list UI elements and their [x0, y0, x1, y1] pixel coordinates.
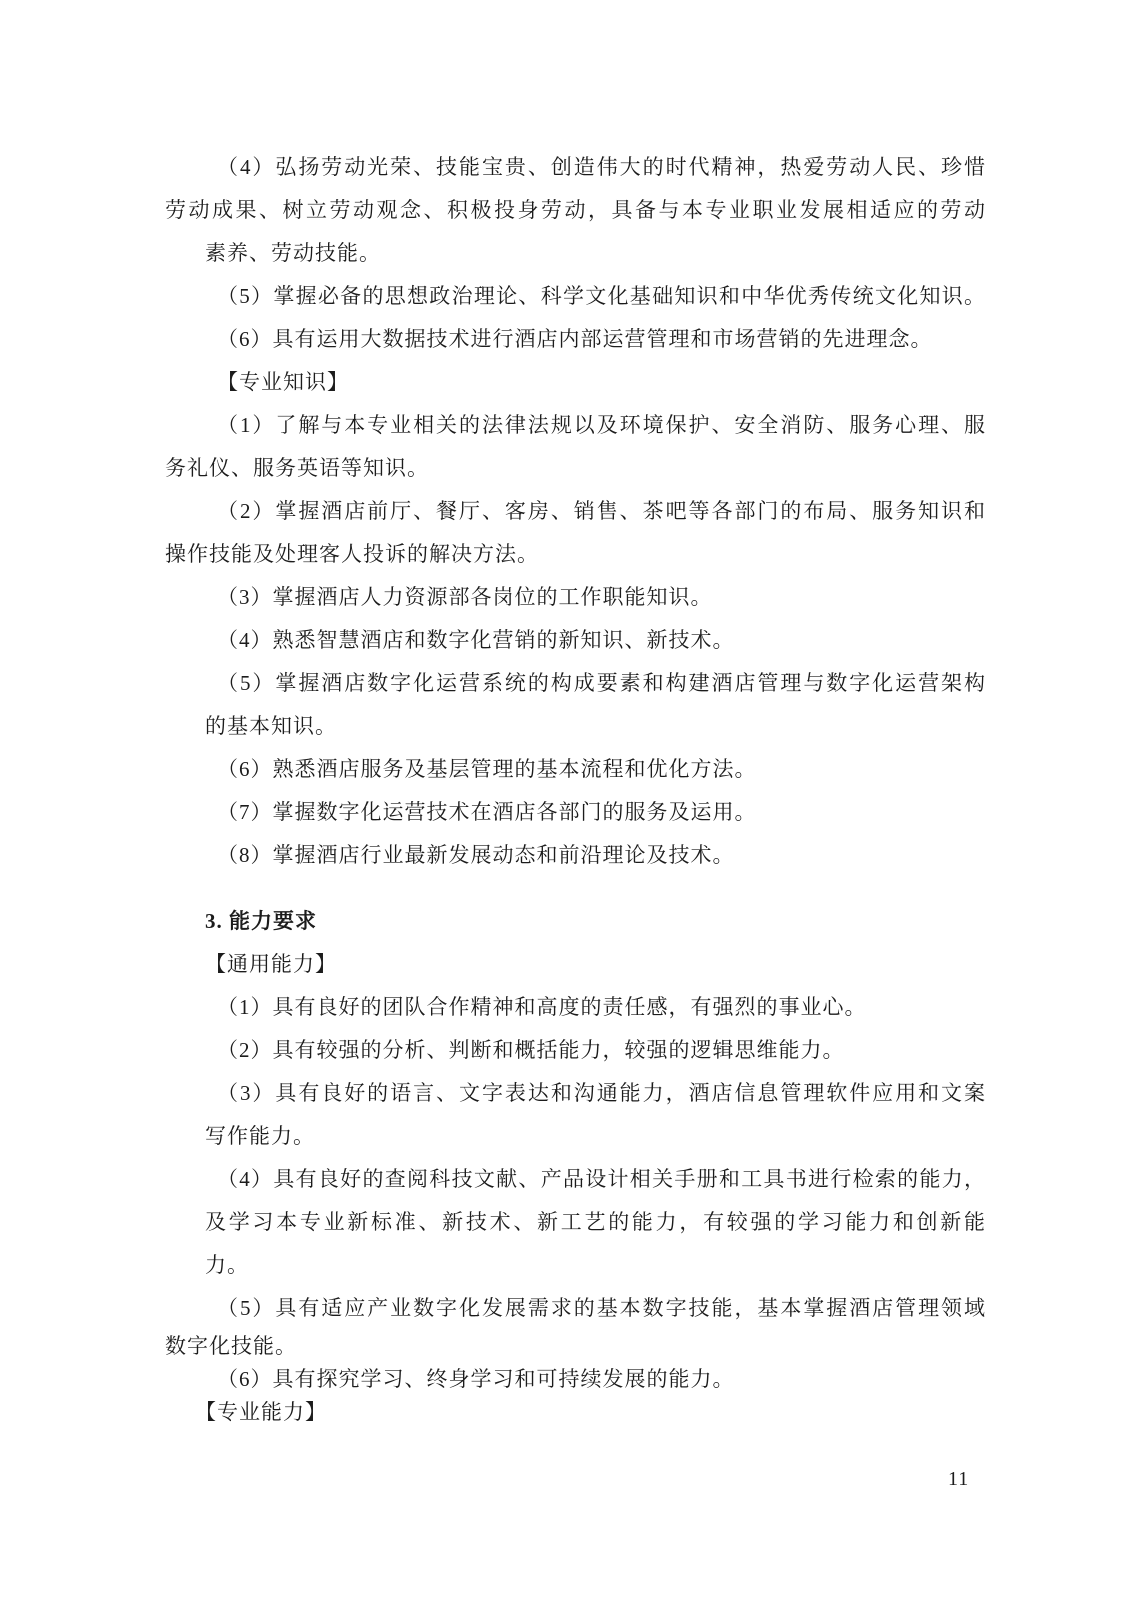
document-line: （8）掌握酒店行业最新发展动态和前沿理论及技术。: [165, 834, 985, 877]
document-line: 操作技能及处理客人投诉的解决方法。: [165, 533, 985, 576]
page-number: 11: [948, 1468, 969, 1491]
document-line: （2）掌握酒店前厅、餐厅、客房、销售、茶吧等各部门的布局、服务知识和: [165, 490, 985, 533]
document-line: （3）掌握酒店人力资源部各岗位的工作职能知识。: [165, 576, 985, 619]
document-line: 【专业能力】: [165, 1396, 985, 1429]
document-line: 务礼仪、服务英语等知识。: [165, 447, 985, 490]
document-line: （5）具有适应产业数字化发展需求的基本数字技能，基本掌握酒店管理领域: [165, 1287, 985, 1330]
document-line: 素养、劳动技能。: [165, 232, 985, 275]
document-line: 3. 能力要求: [165, 900, 985, 943]
document-line: 写作能力。: [165, 1115, 985, 1158]
document-line: （1）具有良好的团队合作精神和高度的责任感，有强烈的事业心。: [165, 986, 985, 1029]
document-line: （5）掌握酒店数字化运营系统的构成要素和构建酒店管理与数字化运营架构: [165, 662, 985, 705]
document-page: （4）弘扬劳动光荣、技能宝贵、创造伟大的时代精神，热爱劳动人民、珍惜劳动成果、树…: [0, 0, 1131, 1600]
document-line: （6）具有探究学习、终身学习和可持续发展的能力。: [165, 1363, 985, 1396]
document-line: （4）具有良好的查阅科技文献、产品设计相关手册和工具书进行检索的能力，: [165, 1158, 985, 1201]
document-line: （5）掌握必备的思想政治理论、科学文化基础知识和中华优秀传统文化知识。: [165, 275, 985, 318]
document-line: 劳动成果、树立劳动观念、积极投身劳动，具备与本专业职业发展相适应的劳动: [165, 189, 985, 232]
document-line: （7）掌握数字化运营技术在酒店各部门的服务及运用。: [165, 791, 985, 834]
document-line: （3）具有良好的语言、文字表达和沟通能力，酒店信息管理软件应用和文案: [165, 1072, 985, 1115]
document-line: （2）具有较强的分析、判断和概括能力，较强的逻辑思维能力。: [165, 1029, 985, 1072]
document-line: （1）了解与本专业相关的法律法规以及环境保护、安全消防、服务心理、服: [165, 404, 985, 447]
document-line: 及学习本专业新标准、新技术、新工艺的能力，有较强的学习能力和创新能: [165, 1201, 985, 1244]
document-line: （4）弘扬劳动光荣、技能宝贵、创造伟大的时代精神，热爱劳动人民、珍惜: [165, 146, 985, 189]
document-line: （6）具有运用大数据技术进行酒店内部运营管理和市场营销的先进理念。: [165, 318, 985, 361]
document-line: 力。: [165, 1244, 985, 1287]
document-line: （6）熟悉酒店服务及基层管理的基本流程和优化方法。: [165, 748, 985, 791]
document-line: 数字化技能。: [165, 1330, 985, 1363]
document-line: 【专业知识】: [165, 361, 985, 404]
document-line: 的基本知识。: [165, 705, 985, 748]
document-body: （4）弘扬劳动光荣、技能宝贵、创造伟大的时代精神，热爱劳动人民、珍惜劳动成果、树…: [165, 146, 985, 1429]
document-line: 【通用能力】: [165, 943, 985, 986]
document-line: （4）熟悉智慧酒店和数字化营销的新知识、新技术。: [165, 619, 985, 662]
